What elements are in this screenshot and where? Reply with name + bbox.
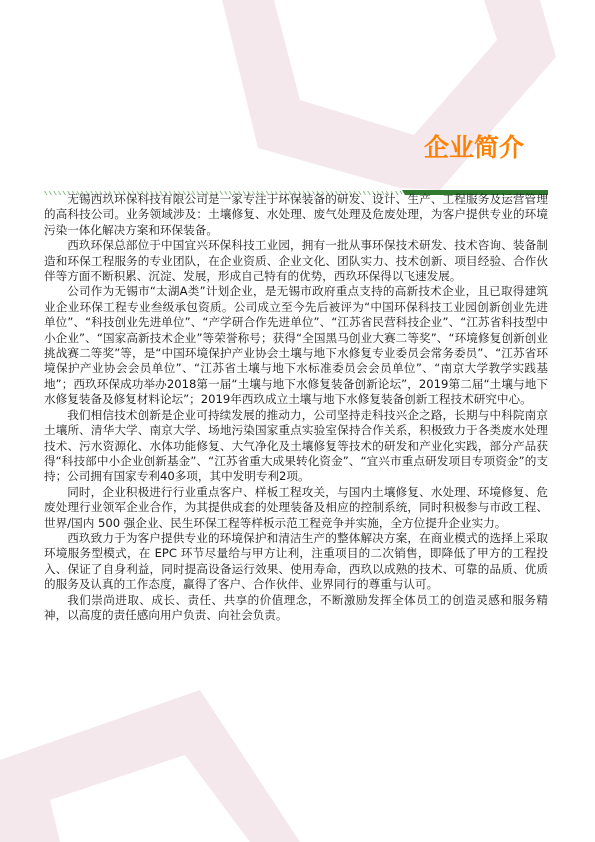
paragraph-values: 我们崇尚进取、成长、责任、共享的价值理念，不断激励发挥全体员工的创造灵感和服务精…: [44, 593, 548, 624]
paragraph-overview: 无锡西玖环保科技有限公司是一家专注于环保装备的研发、设计、生产、工程服务及运营管…: [44, 192, 548, 238]
page-title: 企业简介: [424, 128, 524, 164]
paragraph-honors: 公司作为无锡市“太湖A类”计划企业，是无锡市政府重点支持的高新技术企业，且已取得…: [44, 284, 548, 407]
company-intro-body: 无锡西玖环保科技有限公司是一家专注于环保装备的研发、设计、生产、工程服务及运营管…: [44, 192, 548, 623]
paragraph-headquarters: 西玖环保总部位于中国宜兴环保科技工业园，拥有一批从事环保技术研发、技术咨询、装备…: [44, 238, 548, 284]
paragraph-innovation: 我们相信技术创新是企业可持续发展的推动力，公司坚持走科技兴企之路，长期与中科院南…: [44, 408, 548, 485]
paragraph-cooperation: 同时，企业积极进行行业重点客户、样板工程攻关，与国内土壤修复、水处理、环境修复、…: [44, 485, 548, 531]
paragraph-business-model: 西玖致力于为客户提供专业的环境保护和清洁生产的整体解决方案，在商业模式的选择上采…: [44, 531, 548, 593]
